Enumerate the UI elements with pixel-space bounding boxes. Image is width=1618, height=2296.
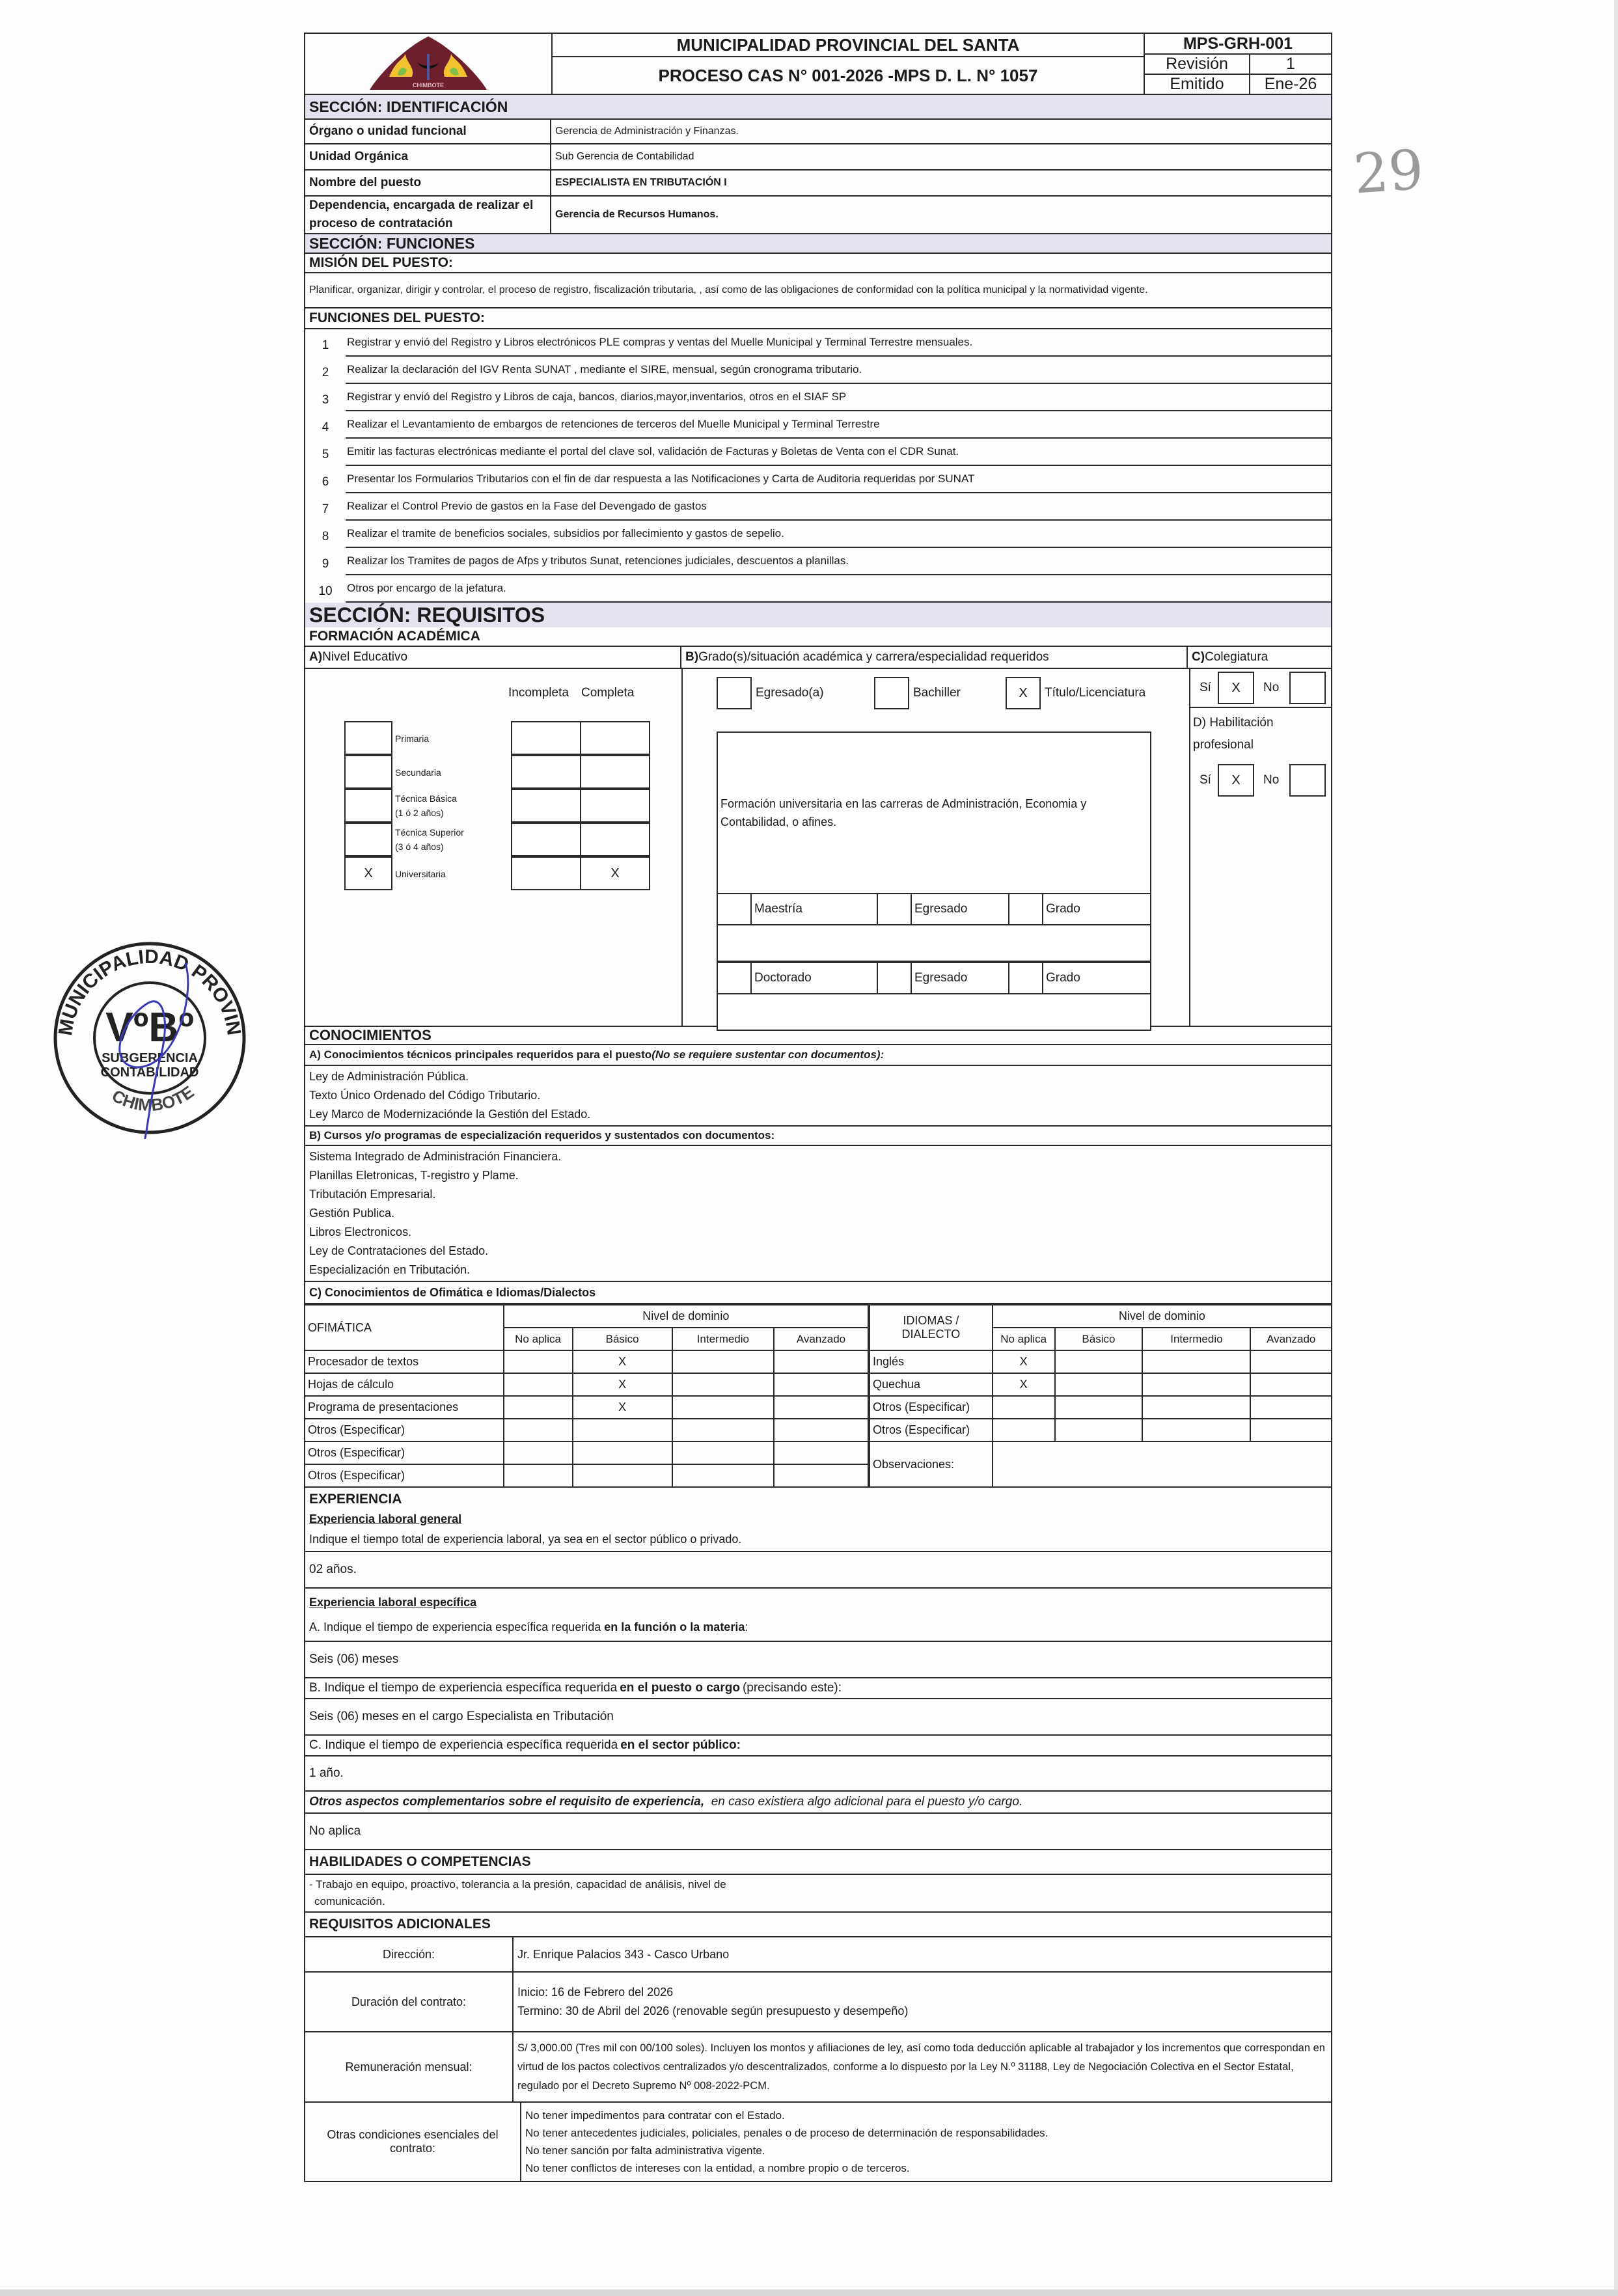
nivel-completa-checkbox[interactable]: [580, 721, 650, 755]
function-number: 1: [305, 338, 346, 357]
list-item: Ley Marco de Modernizaciónde la Gestión …: [309, 1105, 1327, 1124]
nivel-label: Secundaria: [395, 765, 441, 780]
skill-level-cell[interactable]: [1250, 1396, 1332, 1419]
ident-value: ESPECIALISTA EN TRIBUTACIÓN I: [551, 171, 1331, 195]
skill-name: Programa de presentaciones: [305, 1396, 504, 1419]
duracion-label: Duración del contrato:: [305, 1973, 514, 2031]
function-number: 6: [305, 475, 346, 493]
function-number: 4: [305, 420, 346, 439]
doctorado-label: Doctorado: [752, 963, 878, 993]
experiencia-otros-question: Otros aspectos complementarios sobre el …: [304, 1792, 1332, 1814]
list-item: Libros Electronicos.: [309, 1223, 1327, 1242]
skill-row: QuechuaX: [870, 1373, 1332, 1396]
skill-name: Otros (Especificar): [305, 1442, 504, 1464]
svg-text:SUBGERENCIA: SUBGERENCIA: [102, 1051, 198, 1065]
list-item: No tener antecedentes judiciales, polici…: [525, 2124, 1327, 2142]
skill-level-cell[interactable]: X: [993, 1373, 1055, 1396]
function-number: 3: [305, 393, 346, 411]
skill-row: Otros (Especificar): [870, 1419, 1332, 1442]
skill-level-cell[interactable]: [774, 1442, 868, 1464]
skill-level-cell[interactable]: [504, 1373, 573, 1396]
skill-row: Otros (Especificar): [870, 1396, 1332, 1419]
experiencia-c-answer: 1 año.: [304, 1756, 1332, 1792]
nivel-label: Universitaria: [395, 867, 446, 881]
list-item: Tributación Empresarial.: [309, 1185, 1327, 1204]
conocimientos-b-title: B) Cursos y/o programas de especializaci…: [304, 1127, 1332, 1146]
nivel-completa-checkbox[interactable]: [580, 755, 650, 789]
skill-row: Otros (Especificar): [305, 1419, 868, 1442]
level-header: No aplica: [993, 1328, 1055, 1350]
nivel-educativo-title: Nivel Educativo: [322, 650, 407, 664]
nivel-incompleta-checkbox[interactable]: [511, 823, 581, 856]
experiencia-general-block: EXPERIENCIA Experiencia laboral general …: [304, 1488, 1332, 1552]
skill-row: Programa de presentacionesX: [305, 1396, 868, 1419]
duracion-row: Duración del contrato: Inicio: 16 de Feb…: [304, 1973, 1332, 2032]
skill-level-cell[interactable]: [573, 1464, 672, 1487]
ident-row: Unidad OrgánicaSub Gerencia de Contabili…: [304, 144, 1332, 171]
function-item: 5Emitir las facturas electrónicas median…: [304, 439, 1332, 466]
doctorado-egresado-label: Egresado: [912, 963, 1009, 993]
list-item: Especialización en Tributación.: [309, 1261, 1327, 1279]
issued-label: Emitido: [1145, 75, 1250, 94]
formacion-title: FORMACIÓN ACADÉMICA: [304, 627, 1332, 647]
skill-level-cell[interactable]: [993, 1396, 1055, 1419]
list-item: No tener sanción por falta administrativ…: [525, 2142, 1327, 2159]
maestria-egresado-checkbox[interactable]: [878, 894, 912, 924]
document: CHIMBOTE MUNICIPALIDAD PROVINCIAL DEL SA…: [304, 33, 1332, 2182]
skill-name: Otros (Especificar): [870, 1396, 993, 1419]
logo-cell: CHIMBOTE: [305, 34, 553, 94]
maestria-label: Maestría: [752, 894, 878, 924]
function-item: 3Registrar y envió del Registro y Libros…: [304, 384, 1332, 411]
skill-level-cell[interactable]: [774, 1396, 868, 1419]
maestria-checkbox[interactable]: [718, 894, 752, 924]
skill-level-cell[interactable]: [504, 1419, 573, 1442]
nivel-dominio-header: Nivel de dominio: [993, 1305, 1332, 1328]
skill-level-cell[interactable]: [1142, 1396, 1250, 1419]
chimbote-logo-icon: CHIMBOTE: [366, 34, 490, 93]
function-text: Realizar el tramite de beneficios social…: [346, 521, 1331, 548]
remuneracion-row: Remuneración mensual: S/ 3,000.00 (Tres …: [304, 2032, 1332, 2103]
habilidades-text: - Trabajo en equipo, proactivo, toleranc…: [304, 1875, 1332, 1913]
mision-text: Planificar, organizar, dirigir y control…: [304, 273, 1332, 308]
skill-level-cell[interactable]: [1055, 1373, 1143, 1396]
skill-level-cell[interactable]: [1250, 1350, 1332, 1373]
otras-condiciones-label: Otras condiciones esenciales del contrat…: [305, 2103, 521, 2181]
direccion-label: Dirección:: [305, 1937, 514, 1971]
ident-row: Nombre del puestoESPECIALISTA EN TRIBUTA…: [304, 171, 1332, 197]
skill-level-cell[interactable]: [672, 1419, 774, 1442]
skill-row: Otros (Especificar): [305, 1442, 868, 1464]
grado-checkbox[interactable]: X: [1006, 677, 1041, 709]
function-text: Realizar la declaración del IGV Renta SU…: [346, 357, 1331, 384]
approval-stamp: MUNICIPALIDAD PROVINCIAL DEL SANTA CHIMB…: [46, 931, 254, 1139]
function-text: Otros por encargo de la jefatura.: [346, 575, 1331, 603]
skill-level-cell[interactable]: [672, 1396, 774, 1419]
skill-level-cell[interactable]: [1142, 1350, 1250, 1373]
remuneracion-label: Remuneración mensual:: [305, 2032, 514, 2101]
section-funciones: SECCIÓN: FUNCIONES: [304, 234, 1332, 254]
nivel-checkbox[interactable]: X: [344, 856, 392, 890]
nivel-completa-checkbox[interactable]: X: [580, 856, 650, 890]
incompleta-label: Incompleta: [508, 686, 569, 700]
function-item: 10Otros por encargo de la jefatura.: [304, 575, 1332, 603]
nivel-incompleta-checkbox[interactable]: [511, 755, 581, 789]
skill-level-cell[interactable]: [504, 1396, 573, 1419]
grado-area: Formación universitaria en las carreras …: [683, 669, 1190, 1026]
skill-name: Inglés: [870, 1350, 993, 1373]
level-header: Intermedio: [1142, 1328, 1250, 1350]
function-item: 9Realizar los Tramites de pagos de Afps …: [304, 548, 1332, 575]
process-title: PROCESO CAS N° 001-2026 -MPS D. L. N° 10…: [553, 57, 1144, 94]
handwritten-page-number: 29: [1352, 137, 1425, 206]
skill-level-cell[interactable]: [1055, 1419, 1143, 1442]
level-header: Avanzado: [774, 1328, 868, 1350]
direccion-value: Jr. Enrique Palacios 343 - Casco Urbano: [514, 1937, 1331, 1971]
revision-label: Revisión: [1145, 55, 1250, 74]
ofimatica-header: OFIMÁTICA: [305, 1305, 504, 1350]
skill-level-cell[interactable]: X: [573, 1373, 672, 1396]
function-item: 8Realizar el tramite de beneficios socia…: [304, 521, 1332, 548]
ident-value: Gerencia de Recursos Humanos.: [551, 197, 1331, 233]
skill-level-cell[interactable]: [774, 1350, 868, 1373]
maestria-detail: [717, 924, 1151, 962]
skill-name: Otros (Especificar): [305, 1419, 504, 1442]
ofimatica-table: OFIMÁTICANivel de dominioNo aplicaBásico…: [304, 1304, 869, 1488]
function-text: Realizar los Tramites de pagos de Afps y…: [346, 548, 1331, 575]
skill-level-cell[interactable]: [672, 1442, 774, 1464]
conocimientos-a-title: A) Conocimientos técnicos principales re…: [304, 1045, 1332, 1066]
experiencia-general-question: Indique el tiempo total de experiencia l…: [309, 1529, 1327, 1550]
idiomas-table: IDIOMAS / DIALECTONivel de dominioNo apl…: [869, 1304, 1332, 1488]
function-item: 4Realizar el Levantamiento de embargos d…: [304, 411, 1332, 439]
nivel-checkbox[interactable]: [344, 789, 392, 823]
function-number: 2: [305, 366, 346, 384]
function-number: 5: [305, 448, 346, 466]
experiencia-especifica-title: Experiencia laboral específica: [309, 1590, 1327, 1615]
skill-level-cell[interactable]: [573, 1442, 672, 1464]
ident-row: Órgano o unidad funcionalGerencia de Adm…: [304, 120, 1332, 144]
nivel-incompleta-checkbox[interactable]: [511, 856, 581, 890]
skill-level-cell[interactable]: X: [573, 1350, 672, 1373]
nivel-completa-checkbox[interactable]: [580, 789, 650, 823]
list-item: Ley de Administración Pública.: [309, 1067, 1327, 1086]
function-number: 9: [305, 557, 346, 575]
function-text: Emitir las facturas electrónicas mediant…: [346, 439, 1331, 466]
nivel-label: Técnica Básica(1 ó 2 años): [395, 791, 457, 820]
skill-row: InglésX: [870, 1350, 1332, 1373]
doctorado-grado-checkbox[interactable]: [1009, 963, 1043, 993]
function-text: Registrar y envió del Registro y Libros …: [346, 329, 1331, 357]
habilidades-title: HABILIDADES O COMPETENCIAS: [304, 1850, 1332, 1875]
nivel-checkbox[interactable]: [344, 721, 392, 755]
maestria-row: MaestríaEgresadoGrado: [717, 893, 1151, 925]
function-item: 2Realizar la declaración del IGV Renta S…: [304, 357, 1332, 384]
colegiatura-title: Colegiatura: [1205, 650, 1268, 664]
grado-label: Título/Licenciatura: [1045, 686, 1145, 700]
skill-name: Hojas de cálculo: [305, 1373, 504, 1396]
completa-label: Completa: [581, 686, 634, 700]
skill-level-cell[interactable]: [672, 1350, 774, 1373]
ident-row: Dependencia, encargada de realizar el pr…: [304, 197, 1332, 234]
conocimientos-c-title: C) Conocimientos de Ofimática e Idiomas/…: [304, 1282, 1332, 1304]
remuneracion-value: S/ 3,000.00 (Tres mil con 00/100 soles).…: [514, 2032, 1331, 2101]
function-text: Realizar el Control Previo de gastos en …: [346, 493, 1331, 521]
otras-condiciones-list: No tener impedimentos para contratar con…: [521, 2103, 1331, 2181]
section-requisitos: SECCIÓN: REQUISITOS: [304, 603, 1332, 627]
experiencia-otros-answer: No aplica: [304, 1814, 1332, 1850]
ident-label: Órgano o unidad funcional: [305, 120, 551, 143]
observaciones-value: [993, 1442, 1332, 1487]
skill-name: Otros (Especificar): [870, 1419, 993, 1442]
nivel-dominio-header: Nivel de dominio: [504, 1305, 868, 1328]
adicionales-title: REQUISITOS ADICIONALES: [304, 1913, 1332, 1937]
experiencia-general-title: Experiencia laboral general: [309, 1509, 1327, 1529]
function-text: Presentar los Formularios Tributarios co…: [346, 466, 1331, 493]
experiencia-b-answer: Seis (06) meses en el cargo Especialista…: [304, 1699, 1332, 1736]
nivel-checkbox[interactable]: [344, 755, 392, 789]
skill-level-cell[interactable]: X: [993, 1350, 1055, 1373]
colegiatura-area: D) Habilitación profesional SíXNoSíXNo: [1190, 669, 1331, 1026]
funciones-title: FUNCIONES DEL PUESTO:: [304, 308, 1332, 329]
list-item: No tener impedimentos para contratar con…: [525, 2107, 1327, 2124]
list-item: Ley de Contrataciones del Estado.: [309, 1242, 1327, 1261]
skill-level-cell[interactable]: [1142, 1373, 1250, 1396]
skill-row: Procesador de textosX: [305, 1350, 868, 1373]
education-headers: A) Nivel Educativo B) Grado(s)/situación…: [304, 647, 1332, 669]
skill-level-cell[interactable]: [1250, 1419, 1332, 1442]
experiencia-a-answer: Seis (06) meses: [304, 1642, 1332, 1678]
grado-checkbox[interactable]: [717, 677, 752, 709]
skill-level-cell[interactable]: [774, 1373, 868, 1396]
level-header: Intermedio: [672, 1328, 774, 1350]
function-number: 10: [305, 584, 346, 603]
direccion-row: Dirección: Jr. Enrique Palacios 343 - Ca…: [304, 1937, 1332, 1973]
nivel-educativo-area: Incompleta Completa PrimariaSecundariaTé…: [305, 669, 683, 1026]
experiencia-c-question: C. Indique el tiempo de experiencia espe…: [304, 1736, 1332, 1756]
skill-level-cell[interactable]: [504, 1464, 573, 1487]
skill-name: Quechua: [870, 1373, 993, 1396]
grado-checkbox[interactable]: [874, 677, 909, 709]
maestria-egresado-label: Egresado: [912, 894, 1009, 924]
function-text: Registrar y envió del Registro y Libros …: [346, 384, 1331, 411]
list-item: No tener conflictos de intereses con la …: [525, 2159, 1327, 2177]
skill-level-cell[interactable]: [672, 1464, 774, 1487]
termino-date: Termino: 30 de Abril del 2026 (renovable…: [517, 2002, 1327, 2021]
function-text: Realizar el Levantamiento de embargos de…: [346, 411, 1331, 439]
nivel-checkbox[interactable]: [344, 823, 392, 856]
revision-value: 1: [1250, 55, 1331, 74]
doctorado-egresado-checkbox[interactable]: [878, 963, 912, 993]
level-header: Básico: [1055, 1328, 1143, 1350]
duracion-value: Inicio: 16 de Febrero del 2026 Termino: …: [514, 1973, 1331, 2031]
experiencia-especifica-block: Experiencia laboral específica A. Indiqu…: [304, 1589, 1332, 1642]
skill-level-cell[interactable]: X: [573, 1396, 672, 1419]
colegiatura-no-checkbox[interactable]: [1289, 672, 1326, 704]
function-number: 7: [305, 502, 346, 521]
doctorado-grado-label: Grado: [1043, 963, 1150, 993]
level-header: No aplica: [504, 1328, 573, 1350]
function-number: 8: [305, 530, 346, 548]
nivel-label: Primaria: [395, 731, 429, 746]
skill-level-cell[interactable]: [1250, 1373, 1332, 1396]
maestria-grado-checkbox[interactable]: [1009, 894, 1043, 924]
svg-text:CONTABILIDAD: CONTABILIDAD: [101, 1065, 199, 1080]
svg-text:CHIMBOTE: CHIMBOTE: [413, 82, 444, 89]
habilitacion-title: D) Habilitación profesional: [1193, 712, 1304, 756]
experiencia-title: EXPERIENCIA: [309, 1489, 1327, 1509]
skill-level-cell[interactable]: [672, 1373, 774, 1396]
skill-level-cell[interactable]: [1055, 1396, 1143, 1419]
list-item: Texto Único Ordenado del Código Tributar…: [309, 1086, 1327, 1105]
doctorado-detail: [717, 993, 1151, 1031]
inicio-date: Inicio: 16 de Febrero del 2026: [517, 1983, 1327, 2002]
conocimientos-a-list: Ley de Administración Pública.Texto Únic…: [304, 1066, 1332, 1127]
nivel-completa-checkbox[interactable]: [580, 823, 650, 856]
nivel-incompleta-checkbox[interactable]: [511, 789, 581, 823]
skill-level-cell[interactable]: [504, 1442, 573, 1464]
ident-label: Nombre del puesto: [305, 171, 551, 195]
list-item: Planillas Eletronicas, T-registro y Plam…: [309, 1166, 1327, 1185]
skill-level-cell[interactable]: [993, 1419, 1055, 1442]
institution-title: MUNICIPALIDAD PROVINCIAL DEL SANTA: [553, 34, 1144, 57]
function-item: 6Presentar los Formularios Tributarios c…: [304, 466, 1332, 493]
grado-label: Bachiller: [913, 686, 961, 700]
level-header: Avanzado: [1250, 1328, 1332, 1350]
grado-label: Egresado(a): [756, 686, 824, 700]
section-identificacion: SECCIÓN: IDENTIFICACIÓN: [304, 95, 1332, 120]
observaciones-label: Observaciones:: [870, 1442, 993, 1487]
education-body: Incompleta Completa PrimariaSecundariaTé…: [304, 669, 1332, 1027]
skill-level-cell[interactable]: [573, 1419, 672, 1442]
experiencia-b-question: B. Indique el tiempo de experiencia espe…: [304, 1678, 1332, 1699]
list-item: Sistema Integrado de Administración Fina…: [309, 1147, 1327, 1166]
ident-label: Unidad Orgánica: [305, 144, 551, 169]
level-header: Básico: [573, 1328, 672, 1350]
doctorado-row: DoctoradoEgresadoGrado: [717, 962, 1151, 994]
experiencia-general-answer: 02 años.: [304, 1552, 1332, 1589]
page-bottom-edge: [0, 2289, 1618, 2296]
maestria-grado-label: Grado: [1043, 894, 1150, 924]
conocimientos-b-list: Sistema Integrado de Administración Fina…: [304, 1146, 1332, 1282]
skill-row: Hojas de cálculoX: [305, 1373, 868, 1396]
issued-value: Ene-26: [1250, 75, 1331, 94]
ident-value: Gerencia de Administración y Finanzas.: [551, 120, 1331, 143]
skills-tables: OFIMÁTICANivel de dominioNo aplicaBásico…: [304, 1304, 1332, 1488]
experiencia-a-question: A. Indique el tiempo de experiencia espe…: [309, 1615, 1327, 1639]
habilitacion-no-checkbox[interactable]: [1289, 764, 1326, 797]
function-item: 7Realizar el Control Previo de gastos en…: [304, 493, 1332, 521]
otras-condiciones-row: Otras condiciones esenciales del contrat…: [304, 2103, 1332, 2182]
skill-name: Otros (Especificar): [305, 1464, 504, 1487]
function-item: 1Registrar y envió del Registro y Libros…: [304, 329, 1332, 357]
ident-value: Sub Gerencia de Contabilidad: [551, 144, 1331, 169]
page-edge: [1614, 0, 1618, 2296]
skill-name: Procesador de textos: [305, 1350, 504, 1373]
ident-label: Dependencia, encargada de realizar el pr…: [305, 197, 551, 233]
document-header: CHIMBOTE MUNICIPALIDAD PROVINCIAL DEL SA…: [304, 33, 1332, 95]
nivel-incompleta-checkbox[interactable]: [511, 721, 581, 755]
colegiatura-si-checkbox[interactable]: X: [1218, 672, 1254, 704]
habilitacion-si-checkbox[interactable]: X: [1218, 764, 1254, 797]
skill-level-cell[interactable]: [1142, 1419, 1250, 1442]
document-code: MPS-GRH-001: [1145, 34, 1331, 55]
grado-title: Grado(s)/situación académica y carrera/e…: [698, 650, 1049, 664]
carrera-text: Formación universitaria en las carreras …: [717, 731, 1151, 894]
nivel-label: Técnica Superior(3 ó 4 años): [395, 825, 464, 854]
skill-level-cell[interactable]: [504, 1350, 573, 1373]
mision-title: MISIÓN DEL PUESTO:: [304, 254, 1332, 273]
doctorado-checkbox[interactable]: [718, 963, 752, 993]
skill-level-cell[interactable]: [1055, 1350, 1143, 1373]
skill-row: Otros (Especificar): [305, 1464, 868, 1487]
skill-level-cell[interactable]: [774, 1419, 868, 1442]
list-item: Gestión Publica.: [309, 1204, 1327, 1223]
idiomas-header: IDIOMAS / DIALECTO: [870, 1305, 993, 1350]
skill-level-cell[interactable]: [774, 1464, 868, 1487]
